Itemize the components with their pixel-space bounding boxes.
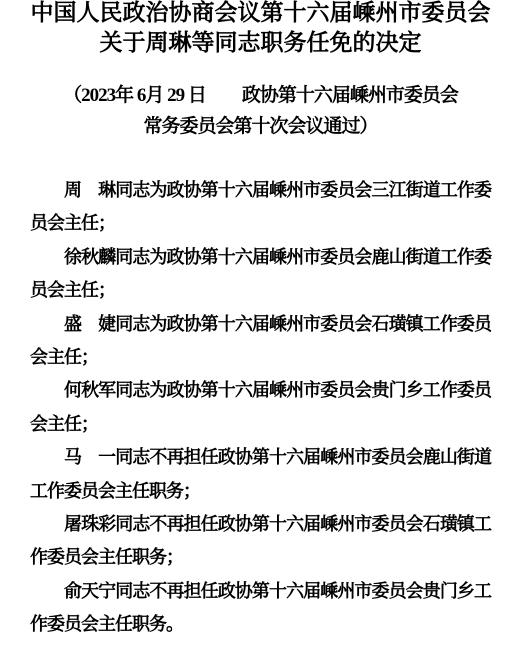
title-line-2: 关于周琳等同志职务任免的决定 (30, 28, 491, 58)
body-paragraph-removal-2: 屠珠彩同志不再担任政协第十六届嵊州市委员会石璜镇工作委员会主任职务； (30, 508, 491, 575)
body-paragraph-appointment-3: 盛 婕同志为政协第十六届嵊州市委员会石璜镇工作委员会主任； (30, 308, 491, 375)
document-title: 中国人民政治协商会议第十六届嵊州市委员会 关于周琳等同志职务任免的决定 (30, 0, 491, 58)
document-body: 周 琳同志为政协第十六届嵊州市委员会三江街道工作委员会主任； 徐秋麟同志为政协第… (30, 174, 491, 642)
body-paragraph-appointment-2: 徐秋麟同志为政协第十六届嵊州市委员会鹿山街道工作委员会主任； (30, 241, 491, 308)
body-paragraph-appointment-4: 何秋军同志为政协第十六届嵊州市委员会贵门乡工作委员会主任； (30, 374, 491, 441)
meeting-note: （2023年 6月 29 日 政协第十六届嵊州市委员会 常务委员会第十次会议通过… (30, 80, 491, 142)
body-paragraph-appointment-1: 周 琳同志为政协第十六届嵊州市委员会三江街道工作委员会主任； (30, 174, 491, 241)
meeting-note-line-1: （2023年 6月 29 日 政协第十六届嵊州市委员会 (30, 80, 491, 111)
document-page: 中国人民政治协商会议第十六届嵊州市委员会 关于周琳等同志职务任免的决定 （202… (0, 0, 521, 650)
body-paragraph-removal-1: 马 一同志不再担任政协第十六届嵊州市委员会鹿山街道工作委员会主任职务； (30, 441, 491, 508)
body-paragraph-removal-3: 俞天宁同志不再担任政协第十六届嵊州市委员会贵门乡工作委员会主任职务。 (30, 575, 491, 642)
meeting-note-line-2: 常务委员会第十次会议通过） (30, 111, 491, 142)
title-line-1: 中国人民政治协商会议第十六届嵊州市委员会 (30, 0, 491, 28)
